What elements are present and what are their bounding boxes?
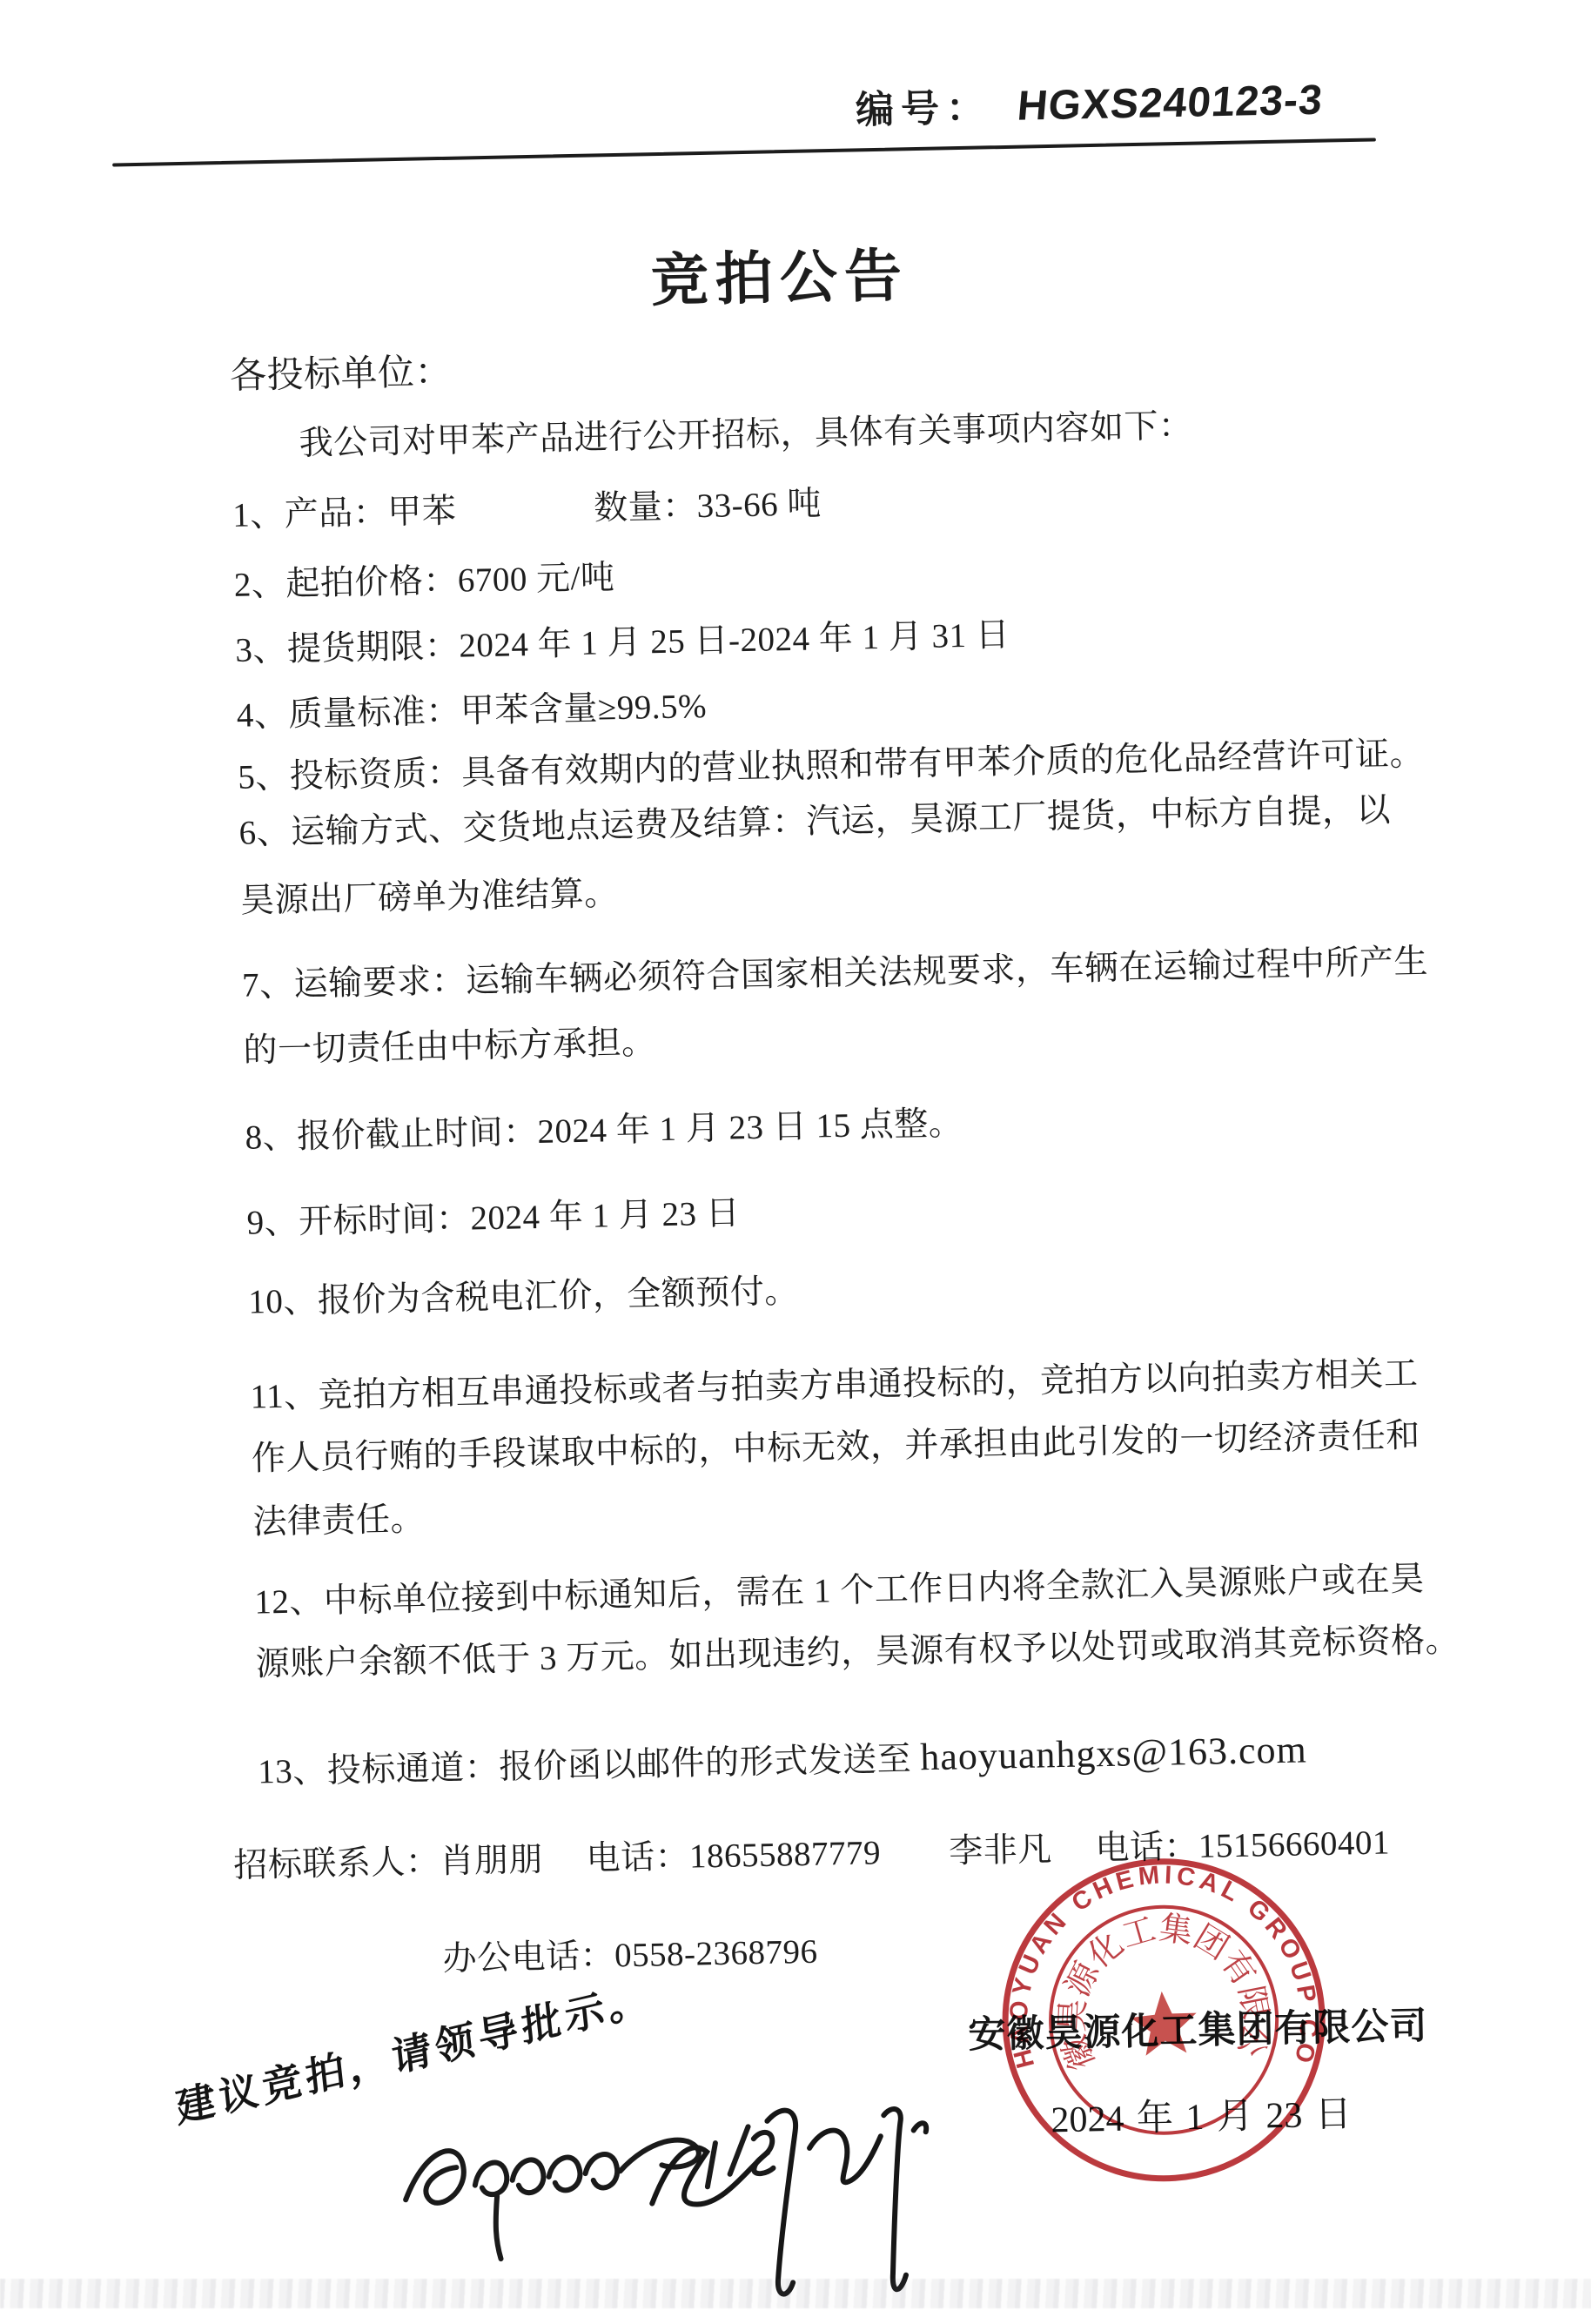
- item-12-line-2: 源账户余额不低于 3 万元。如出现违约，昊源有权予以处罚或取消其竞标资格。: [255, 1621, 1460, 1685]
- item-3: 3、提货期限：2024 年 1 月 25 日-2024 年 1 月 31 日: [235, 615, 1010, 671]
- item-7-line-1: 7、运输要求：运输车辆必须符合国家相关法规要求，车辆在运输过程中所产生: [242, 942, 1429, 1005]
- company-seal-stamp: ANHUI HAOYUAN CHEMICAL GROUP CO., LTD 安徽…: [996, 1852, 1333, 2190]
- document-sheet: 编号： HGXS240123-3 竞拍公告 各投标单位： 我公司对甲苯产品进行公…: [0, 0, 1591, 2308]
- item-4: 4、质量标准：甲苯含量≥99.5%: [236, 687, 707, 736]
- doc-number-row: 编号： HGXS240123-3: [855, 70, 1323, 135]
- seal-star: [1129, 1989, 1199, 2057]
- item-5: 5、投标资质：具备有效期内的营业执照和带有甲苯介质的危化品经营许可证。: [238, 734, 1425, 797]
- contact-person-1: 招标联系人：肖朋朋 电话：18655887779: [233, 1833, 882, 1886]
- item-11-line-3: 法律责任。: [252, 1500, 425, 1543]
- scanned-auction-notice: { "doc": { "number_label": "编号：", "numbe…: [0, 0, 1591, 2308]
- seal-ring-text: ANHUI HAOYUAN CHEMICAL GROUP CO., LTD: [996, 1852, 1326, 2093]
- svg-text:ANHUI HAOYUAN CHEMICAL GROUP C: ANHUI HAOYUAN CHEMICAL GROUP CO., LTD: [996, 1852, 1326, 2093]
- item-13-prefix: 13、投标通道：报价函以邮件的形式发送至: [258, 1740, 921, 1790]
- header-rule: [112, 138, 1376, 166]
- page-title: 竞拍公告: [0, 216, 1576, 331]
- bid-email: haoyuanhgxs@163.com: [920, 1728, 1307, 1778]
- item-7-line-2: 的一切责任由中标方承担。: [243, 1023, 656, 1071]
- item-8: 8、报价截止时间：2024 年 1 月 23 日 15 点整。: [245, 1104, 963, 1159]
- item-6-line-1: 6、运输方式、交货地点运费及结算：汽运，昊源工厂提货，中标方自提，以: [238, 790, 1391, 854]
- item-6-line-2: 昊源出厂磅单为准结算。: [240, 874, 619, 922]
- salutation: 各投标单位：: [230, 352, 453, 400]
- doc-number-value: HGXS240123-3: [1016, 77, 1325, 131]
- item-10: 10、报价为含税电汇价，全额预付。: [248, 1272, 799, 1323]
- doc-number-label: 编号：: [855, 76, 991, 134]
- item-11-line-2: 作人员行贿的手段谋取中标的，中标无效，并承担由此引发的一切经济责任和: [252, 1416, 1421, 1480]
- item-11-line-1: 11、竞拍方相互串通投标或者与拍卖方串通投标的，竞拍方以向拍卖方相关工: [250, 1354, 1419, 1418]
- scan-bottom-artifact-band: [0, 2279, 1591, 2308]
- item-1: 1、产品：甲苯 数量：33-66 吨: [232, 484, 822, 536]
- item-2: 2、起拍价格：6700 元/吨: [233, 558, 614, 606]
- handwritten-signature-right: [634, 2067, 934, 2308]
- intro-paragraph: 我公司对甲苯产品进行公开招标，具体有关事项内容如下：: [299, 406, 1193, 465]
- item-13: 13、投标通道：报价函以邮件的形式发送至 haoyuanhgxs@163.com: [258, 1727, 1308, 1793]
- item-12-line-1: 12、中标单位接到中标通知后，需在 1 个工作日内将全款汇入昊源账户或在昊: [254, 1560, 1425, 1623]
- item-9: 9、开标时间：2024 年 1 月 23 日: [246, 1193, 741, 1243]
